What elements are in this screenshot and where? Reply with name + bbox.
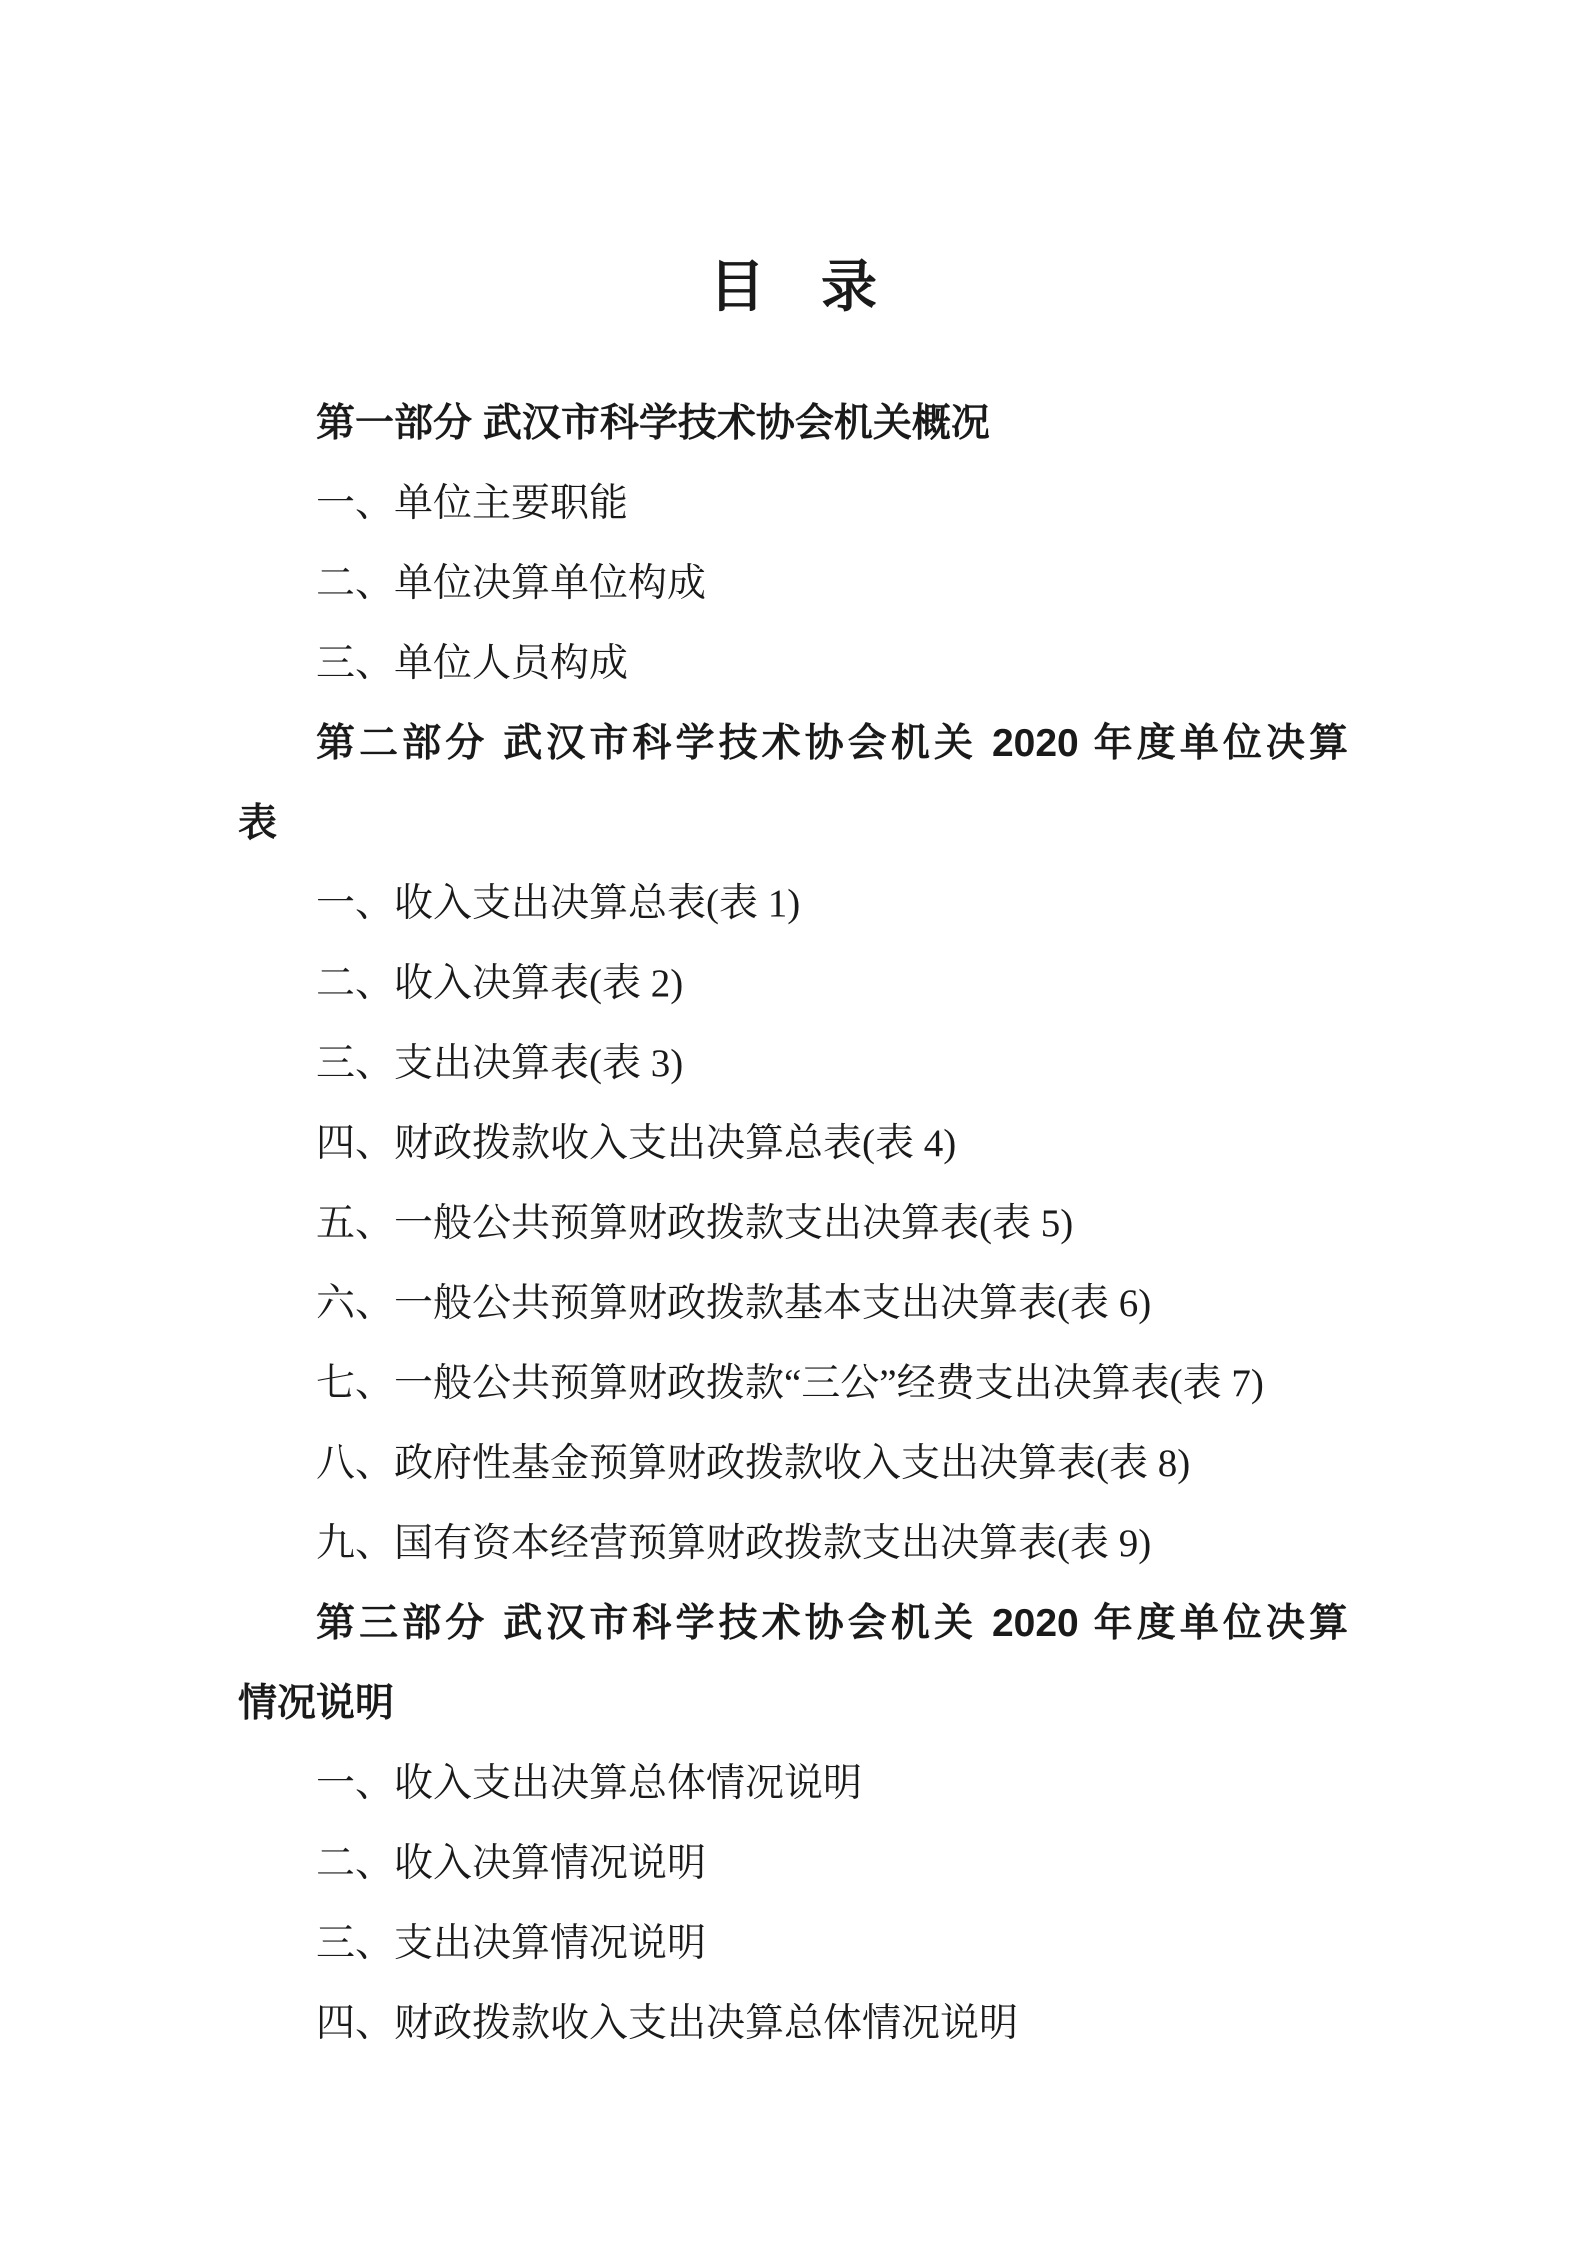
part2-heading-line2: 表	[238, 784, 1348, 864]
toc-page-title: 目 录	[238, 247, 1348, 327]
part3-heading-line2: 情况说明	[238, 1664, 1348, 1744]
toc-item-part2-8: 八、政府性基金预算财政拨款收入支出决算表(表 8)	[238, 1424, 1348, 1504]
toc-item-part2-5: 五、一般公共预算财政拨款支出决算表(表 5)	[238, 1184, 1348, 1264]
toc-entries: 第一部分 武汉市科学技术协会机关概况 一、单位主要职能 二、单位决算单位构成 三…	[238, 384, 1348, 2064]
toc-item-part1-1: 一、单位主要职能	[238, 464, 1348, 544]
toc-content: 目 录 第一部分 武汉市科学技术协会机关概况 一、单位主要职能 二、单位决算单位…	[238, 0, 1348, 2064]
toc-item-part2-2: 二、收入决算表(表 2)	[238, 944, 1348, 1024]
toc-item-part2-9: 九、国有资本经营预算财政拨款支出决算表(表 9)	[238, 1504, 1348, 1584]
toc-item-part2-6: 六、一般公共预算财政拨款基本支出决算表(表 6)	[238, 1264, 1348, 1344]
toc-item-part1-2: 二、单位决算单位构成	[238, 544, 1348, 624]
part2-heading-line1: 第二部分 武汉市科学技术协会机关 2020 年度单位决算	[238, 704, 1348, 784]
toc-item-part2-1: 一、收入支出决算总表(表 1)	[238, 864, 1348, 944]
toc-item-part3-2: 二、收入决算情况说明	[238, 1824, 1348, 1904]
part3-heading-line1: 第三部分 武汉市科学技术协会机关 2020 年度单位决算	[238, 1584, 1348, 1664]
toc-item-part2-3: 三、支出决算表(表 3)	[238, 1024, 1348, 1104]
part1-heading: 第一部分 武汉市科学技术协会机关概况	[238, 384, 1348, 464]
toc-item-part3-4: 四、财政拨款收入支出决算总体情况说明	[238, 1984, 1348, 2064]
toc-item-part3-3: 三、支出决算情况说明	[238, 1904, 1348, 1984]
document-page: 目 录 第一部分 武汉市科学技术协会机关概况 一、单位主要职能 二、单位决算单位…	[0, 0, 1588, 2246]
toc-item-part2-7: 七、一般公共预算财政拨款“三公”经费支出决算表(表 7)	[238, 1344, 1348, 1424]
toc-item-part2-4: 四、财政拨款收入支出决算总表(表 4)	[238, 1104, 1348, 1184]
toc-item-part1-3: 三、单位人员构成	[238, 624, 1348, 704]
toc-item-part3-1: 一、收入支出决算总体情况说明	[238, 1744, 1348, 1824]
